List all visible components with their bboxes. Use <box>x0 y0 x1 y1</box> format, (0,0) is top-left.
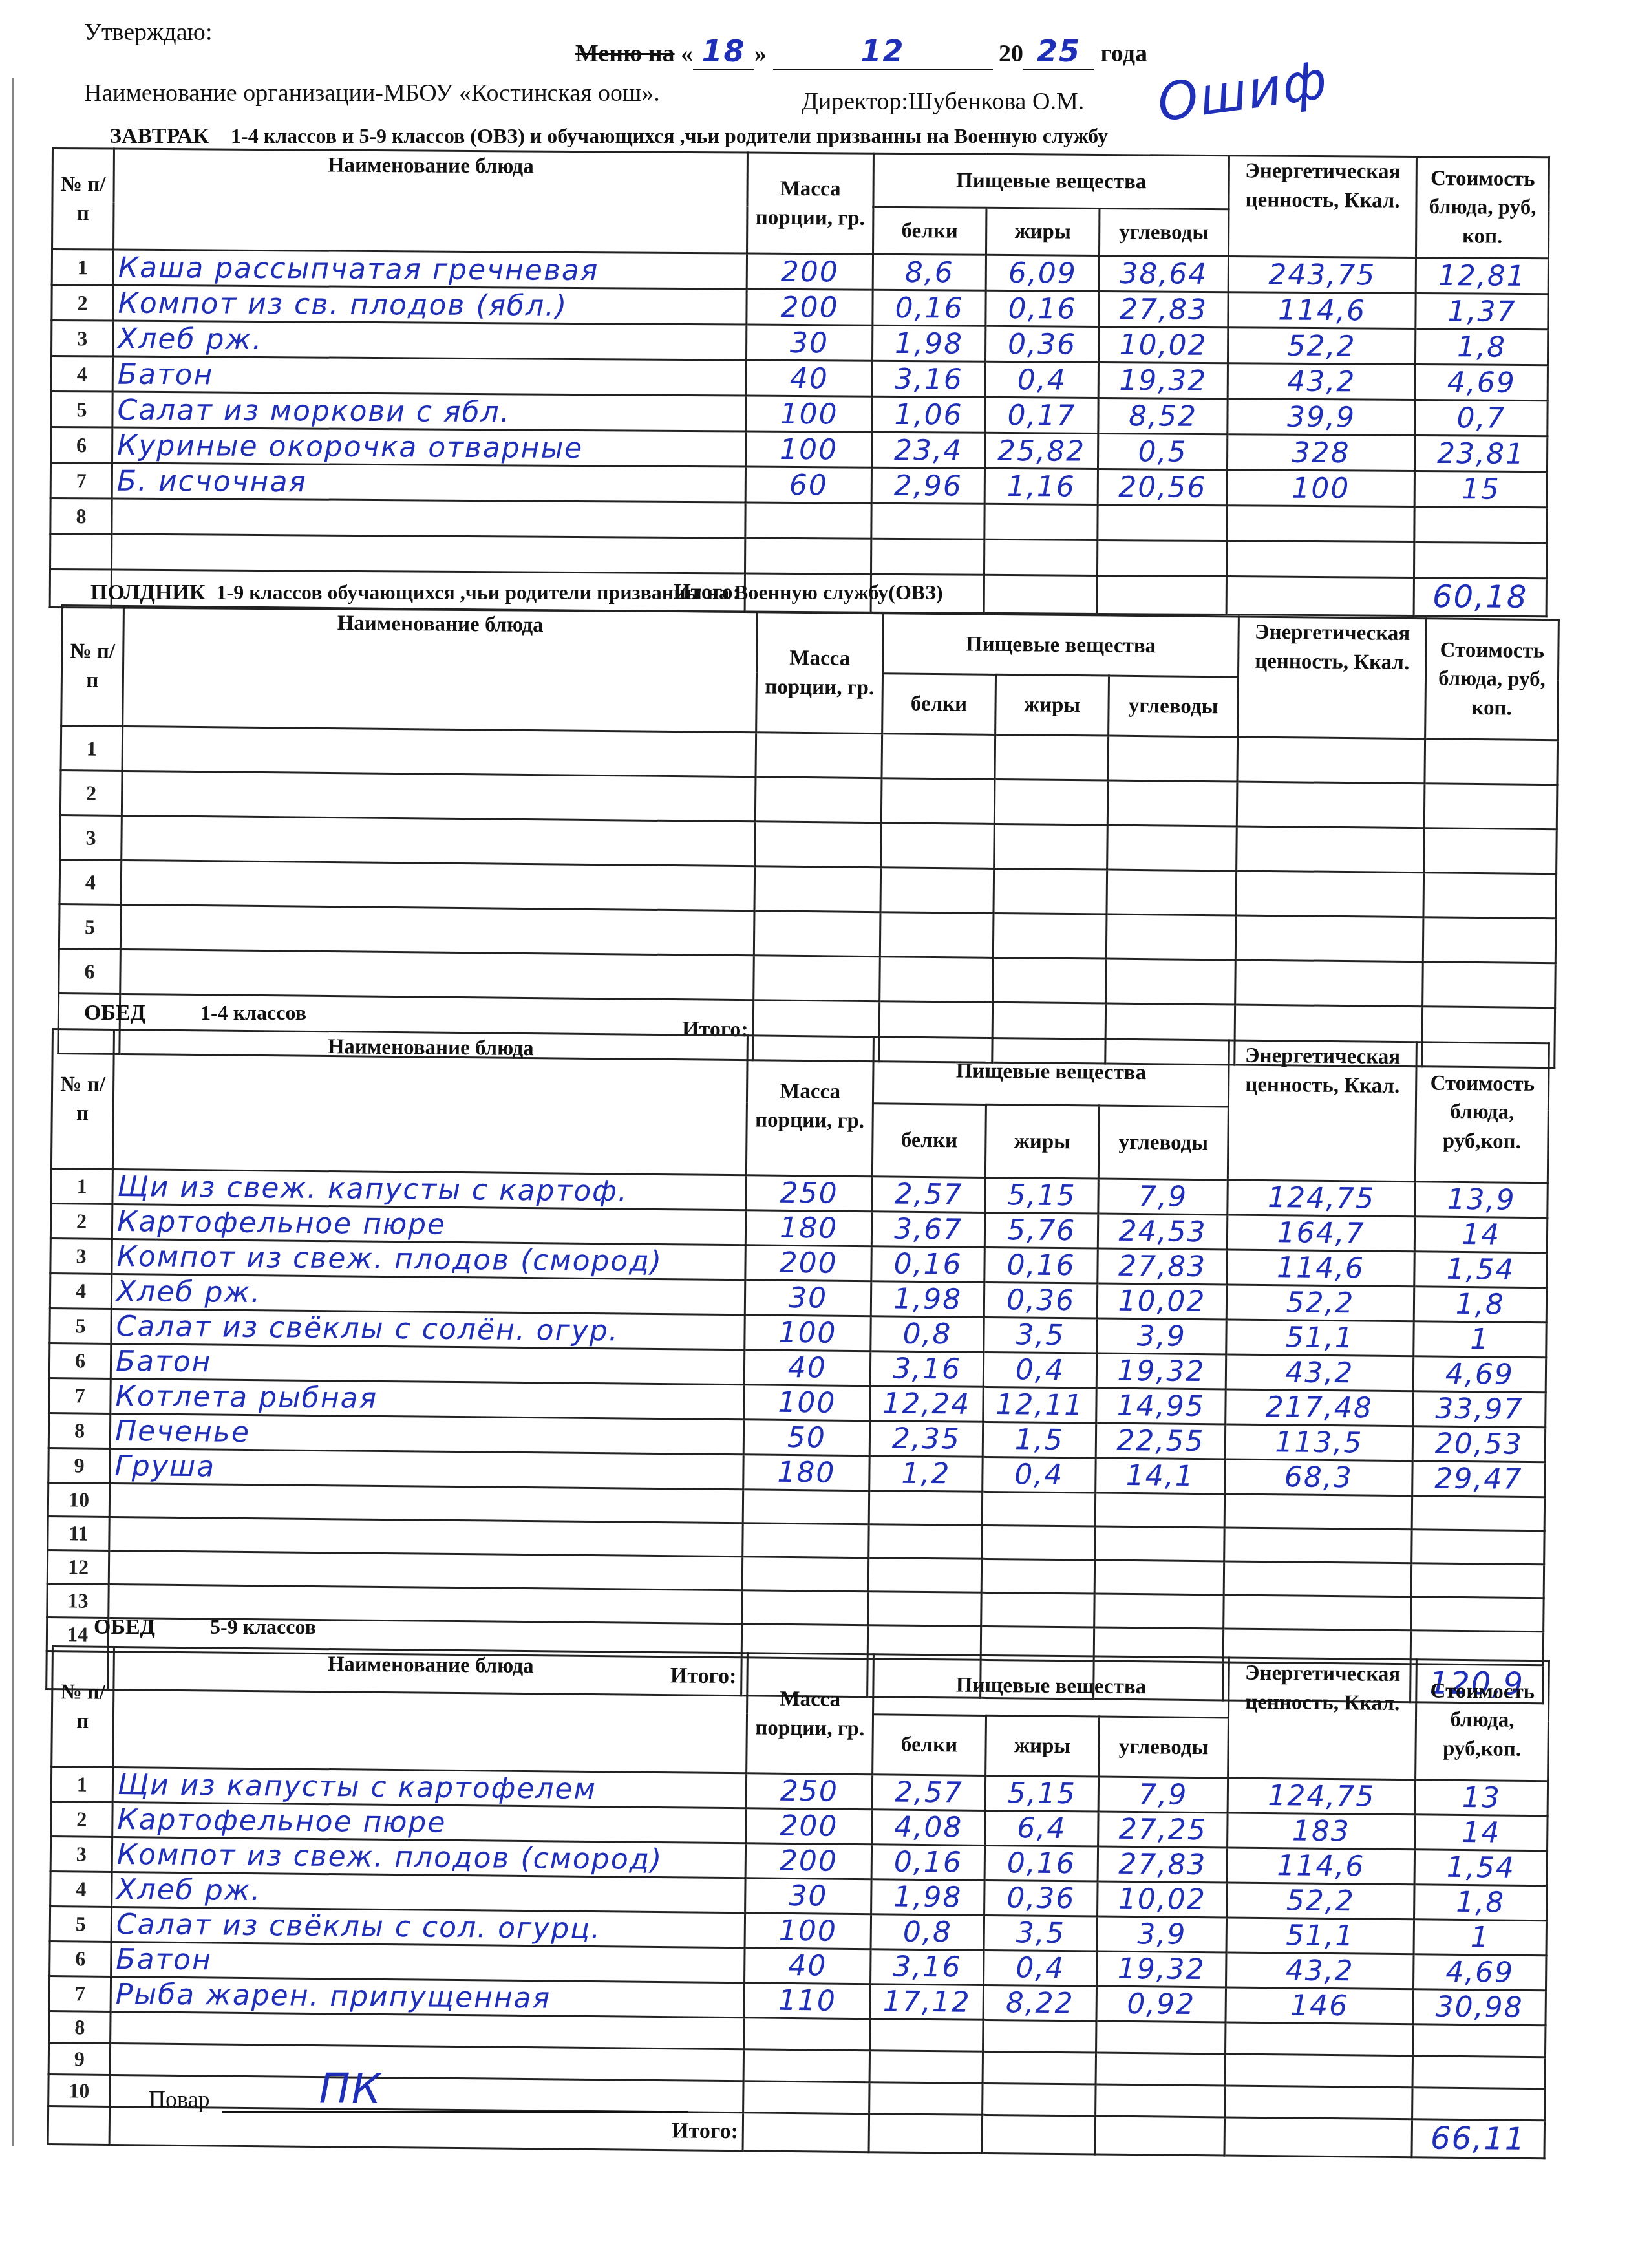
row-number: 3 <box>50 1837 112 1872</box>
carbs-value: 27,83 <box>1099 291 1228 327</box>
energy-value: 114,6 <box>1227 1848 1415 1885</box>
cook-signature-line: Повар ПК <box>149 2085 688 2113</box>
carbs-value <box>1094 1594 1224 1629</box>
row-number: 6 <box>50 1941 112 1976</box>
proteins-value: 2,35 <box>869 1421 983 1457</box>
energy-value: 217,48 <box>1226 1389 1414 1426</box>
col-header-name: Наименование блюда <box>112 1029 747 1175</box>
col-header-name: Наименование блюда <box>113 1647 748 1773</box>
energy-value <box>1224 1494 1412 1530</box>
row-number: 2 <box>50 1204 112 1239</box>
lunch-5-9-table: № п/п Наименование блюда Масса порции, г… <box>47 1645 1550 2159</box>
portion-mass: 100 <box>745 1315 871 1351</box>
dish-name: Батон <box>112 356 746 396</box>
carbs-value: 19,32 <box>1096 1353 1226 1389</box>
cost-value <box>1412 1530 1544 1565</box>
cost-value: 4,69 <box>1415 364 1548 400</box>
carbs-value: 3,9 <box>1097 1318 1227 1354</box>
proteins-value: 17,12 <box>870 1984 984 2020</box>
proteins-value: 1,98 <box>873 325 986 361</box>
dish-name: Хлеб рж. <box>113 321 747 360</box>
col-header-name: Наименование блюда <box>114 149 748 253</box>
fats-value: 1,5 <box>983 1422 1096 1458</box>
portion-mass <box>754 866 881 912</box>
energy-value <box>1235 915 1423 962</box>
col-header-fats: жиры <box>986 208 1100 255</box>
energy-value: 183 <box>1228 1813 1416 1850</box>
carbs-value: 14,95 <box>1096 1388 1226 1424</box>
row-number: 9 <box>48 2042 110 2075</box>
portion-mass <box>756 733 882 778</box>
energy-value: 43,2 <box>1226 1354 1414 1391</box>
row-number: 2 <box>51 1802 113 1837</box>
menu-year: 25 <box>1023 34 1094 70</box>
fats-value <box>994 779 1108 825</box>
carbs-value <box>1096 2084 1225 2117</box>
energy-value <box>1224 1595 1411 1631</box>
carbs-value <box>1106 914 1236 960</box>
proteins-value: 0,8 <box>871 1316 984 1353</box>
organization-name: Наименование организации-МБОУ «Костинска… <box>84 79 660 107</box>
cost-value: 4,69 <box>1413 1954 1546 1991</box>
carbs-value <box>1095 1526 1224 1561</box>
portion-mass <box>754 956 880 1001</box>
energy-value: 328 <box>1227 434 1414 471</box>
fats-value: 6,4 <box>985 1810 1099 1846</box>
lunch-5-9-subtitle: 5-9 классов <box>210 1615 316 1638</box>
fats-value: 5,15 <box>985 1177 1099 1214</box>
proteins-value: 1,98 <box>871 1281 984 1318</box>
portion-mass: 100 <box>746 431 872 467</box>
fats-value: 8,22 <box>983 1985 1097 2021</box>
row-number: 8 <box>50 498 112 534</box>
row-number: 9 <box>48 1448 111 1483</box>
carbs-value: 7,9 <box>1098 1179 1228 1215</box>
proteins-value: 3,16 <box>872 361 985 397</box>
fats-value <box>984 504 1098 540</box>
proteins-value: 0,16 <box>871 1845 985 1881</box>
row-number: 5 <box>50 1906 112 1942</box>
col-header-energy: Энергетическая ценность, Ккал. <box>1228 1040 1416 1182</box>
portion-mass <box>742 1590 868 1625</box>
proteins-value <box>871 503 984 539</box>
dish-name <box>109 1517 743 1556</box>
dish-name: Б. исчочная <box>112 463 745 502</box>
cost-value: 1 <box>1414 1920 1547 1956</box>
energy-value: 124,75 <box>1228 1778 1416 1815</box>
col-header-no: № п/п <box>61 606 124 727</box>
proteins-value: 8,6 <box>873 254 986 290</box>
col-header-no: № п/п <box>51 1029 114 1170</box>
row-number: 11 <box>48 1516 109 1550</box>
portion-mass: 40 <box>745 1948 871 1984</box>
cost-value: 29,47 <box>1412 1461 1546 1497</box>
col-header-cost: Стоимость блюда, руб, коп. <box>1416 156 1549 258</box>
proteins-value: 23,4 <box>871 432 984 468</box>
carbs-value: 27,83 <box>1098 1248 1228 1285</box>
carbs-value <box>1095 1493 1224 1528</box>
dish-name: Компот из св. плодов (ябл.) <box>113 285 747 325</box>
carbs-value <box>1094 1560 1224 1595</box>
dish-name: Рыба жарен. припущенная <box>111 1976 744 2017</box>
fats-value: 0,4 <box>983 1352 1097 1388</box>
row-number: 6 <box>49 1343 111 1378</box>
portion-mass <box>742 1557 868 1592</box>
energy-value <box>1237 826 1425 873</box>
carbs-value: 3,9 <box>1097 1916 1227 1952</box>
cost-value <box>1423 873 1557 919</box>
portion-mass <box>743 2049 869 2082</box>
total-cost: 60,18 <box>1414 577 1546 616</box>
energy-value: 146 <box>1226 1987 1414 2024</box>
row-number: 7 <box>49 1976 111 2011</box>
portion-mass: 30 <box>745 1280 871 1316</box>
carbs-value <box>1096 2021 1226 2054</box>
energy-value <box>1237 782 1425 828</box>
menu-month: 12 <box>773 34 993 70</box>
fats-value: 0,17 <box>985 397 1098 433</box>
director-signature: Ошиф <box>1154 50 1332 133</box>
portion-mass <box>743 2081 869 2114</box>
proteins-value: 3,16 <box>871 1949 984 1985</box>
col-header-nutrients: Пищевые вещества <box>873 153 1229 209</box>
cost-value <box>1412 2088 1545 2121</box>
cost-value <box>1412 2056 1545 2089</box>
fats-value: 0,4 <box>985 361 1098 398</box>
proteins-value: 1,06 <box>872 396 985 433</box>
energy-value <box>1236 871 1424 917</box>
row-number: 10 <box>48 1482 109 1517</box>
portion-mass: 250 <box>746 1175 873 1212</box>
cost-value <box>1423 917 1556 963</box>
fats-value: 0,4 <box>984 1950 1098 1986</box>
portion-mass: 30 <box>745 1878 872 1914</box>
proteins-value: 2,57 <box>872 1775 986 1811</box>
row-number: 3 <box>52 321 113 357</box>
dish-name: Компот из свеж. плодов (смород) <box>112 1837 745 1878</box>
row-number: 4 <box>59 859 122 904</box>
energy-value: 114,6 <box>1227 1250 1415 1287</box>
portion-mass <box>743 1490 869 1524</box>
energy-value <box>1225 2054 1412 2088</box>
portion-mass <box>754 911 880 957</box>
carbs-value <box>1106 959 1236 1005</box>
proteins-value <box>880 912 994 958</box>
energy-value <box>1224 1561 1411 1597</box>
director-name: Директор:Шубенкова О.М. <box>802 87 1084 116</box>
portion-mass: 200 <box>745 1843 872 1879</box>
col-header-proteins: белки <box>873 1715 986 1776</box>
dish-name: Салат из моркови с ябл. <box>112 392 746 431</box>
row-number: 1 <box>51 1767 113 1803</box>
cost-value <box>1412 1496 1544 1531</box>
carbs-value <box>1108 736 1238 782</box>
cost-value: 12,81 <box>1416 257 1548 294</box>
carbs-value: 22,55 <box>1096 1423 1226 1459</box>
row-number: 5 <box>59 904 121 949</box>
portion-mass: 30 <box>747 325 873 361</box>
fats-value: 0,36 <box>984 1880 1098 1916</box>
carbs-value: 19,32 <box>1098 362 1228 398</box>
col-header-no: № п/п <box>52 1647 114 1768</box>
fats-value <box>981 1559 1094 1594</box>
menu-date-line: Меню на «18» 12 2025 года <box>575 34 1147 70</box>
dish-name: Картофельное пюре <box>112 1802 746 1843</box>
row-number: 4 <box>50 1871 112 1907</box>
dish-name <box>109 1483 743 1523</box>
dish-name: Котлета рыбная <box>111 1378 744 1419</box>
carbs-value: 19,32 <box>1097 1951 1227 1987</box>
row-number: 5 <box>51 392 112 428</box>
energy-value: 43,2 <box>1228 363 1415 400</box>
cost-value <box>1411 1563 1544 1598</box>
cost-value: 1,54 <box>1414 1850 1548 1886</box>
col-header-cost: Стоимость блюда, руб,коп. <box>1415 1042 1549 1183</box>
energy-value <box>1237 737 1425 784</box>
fats-value <box>993 957 1107 1003</box>
cost-value <box>1423 962 1556 1008</box>
carbs-value: 10,02 <box>1098 1881 1228 1918</box>
year-word: года <box>1101 40 1147 67</box>
dish-name <box>120 949 754 1000</box>
fats-value <box>995 734 1109 780</box>
energy-value <box>1225 2086 1412 2119</box>
dish-name <box>121 860 755 910</box>
dish-name <box>109 1550 742 1590</box>
col-header-carbs: углеводы <box>1100 208 1229 256</box>
row-number: 4 <box>51 356 112 392</box>
fats-value <box>993 913 1107 959</box>
proteins-value <box>880 868 994 914</box>
cost-value: 1,8 <box>1415 328 1548 365</box>
proteins-value: 4,08 <box>872 1810 986 1846</box>
carbs-value: 24,53 <box>1098 1214 1228 1250</box>
row-number: 7 <box>49 1378 111 1413</box>
energy-value: 113,5 <box>1225 1424 1413 1461</box>
proteins-value <box>869 2082 983 2115</box>
energy-value: 51,1 <box>1226 1320 1414 1356</box>
col-header-nutrients: Пищевые вещества <box>883 614 1239 677</box>
cost-value <box>1424 784 1557 829</box>
fats-value <box>982 1492 1095 1526</box>
cost-value <box>1424 828 1557 874</box>
energy-value: 124,75 <box>1228 1180 1416 1217</box>
cost-value: 1,8 <box>1414 1287 1547 1323</box>
energy-value: 164,7 <box>1227 1215 1415 1252</box>
energy-value: 243,75 <box>1228 257 1416 294</box>
portion-mass: 200 <box>745 1245 872 1281</box>
row-number: 10 <box>48 2074 110 2106</box>
portion-mass: 180 <box>745 1210 872 1246</box>
breakfast-section-title: ЗАВТРАК 1-4 классов и 5-9 классов (ОВЗ) … <box>110 124 1108 149</box>
cost-value: 14 <box>1414 1217 1548 1253</box>
energy-value: 52,2 <box>1227 1883 1415 1920</box>
carbs-value: 7,9 <box>1098 1777 1228 1813</box>
col-header-carbs: углеводы <box>1099 1717 1229 1778</box>
dish-name: Картофельное пюре <box>112 1204 745 1245</box>
energy-value: 39,9 <box>1228 399 1415 436</box>
col-header-nutrients: Пищевые вещества <box>873 1654 1229 1718</box>
proteins-value <box>870 2019 983 2052</box>
proteins-value <box>882 734 995 780</box>
energy-value <box>1227 506 1414 542</box>
row-number: 8 <box>48 1413 111 1448</box>
fats-value: 1,16 <box>984 468 1098 504</box>
menu-prefix: Меню на <box>575 40 675 67</box>
carbs-value <box>1107 780 1237 826</box>
row-number: 1 <box>51 1169 113 1204</box>
cost-value: 14 <box>1415 1815 1548 1851</box>
proteins-value <box>880 957 994 1003</box>
col-header-proteins: белки <box>872 1104 986 1178</box>
col-header-mass: Масса порции, гр. <box>747 153 874 254</box>
fats-value: 3,5 <box>984 1915 1098 1951</box>
lunch-1-4-section-title: ОБЕД 1-4 классов <box>84 1001 306 1025</box>
proteins-value: 1,98 <box>871 1879 985 1916</box>
proteins-value <box>868 1592 981 1627</box>
proteins-value: 1,2 <box>869 1456 983 1492</box>
proteins-value: 2,57 <box>872 1177 986 1213</box>
carbs-value: 38,64 <box>1099 255 1228 292</box>
portion-mass <box>755 822 882 868</box>
dish-name: Батон <box>111 1942 745 1982</box>
dish-name <box>122 771 756 821</box>
portion-mass: 40 <box>744 1350 871 1386</box>
menu-day: 18 <box>693 34 754 70</box>
cost-value: 1 <box>1414 1321 1547 1358</box>
energy-value <box>1226 2022 1413 2056</box>
row-number: 2 <box>60 771 122 816</box>
fats-value: 0,16 <box>986 290 1099 326</box>
portion-mass: 180 <box>743 1455 870 1491</box>
cost-value: 1,54 <box>1414 1252 1548 1288</box>
dish-name: Салат из свёклы с солён. огур. <box>111 1309 745 1349</box>
fats-value: 12,11 <box>983 1387 1097 1423</box>
portion-mass: 50 <box>743 1420 870 1456</box>
proteins-value: 3,67 <box>871 1212 985 1248</box>
dish-name: Груша <box>110 1448 743 1489</box>
dish-name: Печенье <box>110 1413 743 1454</box>
col-header-fats: жиры <box>995 674 1109 736</box>
cost-value <box>1414 506 1547 542</box>
proteins-value <box>869 1491 982 1526</box>
cost-value: 33,97 <box>1413 1391 1546 1428</box>
lunch-1-4-subtitle: 1-4 классов <box>200 1001 306 1024</box>
fats-value: 0,36 <box>986 326 1099 362</box>
breakfast-subtitle: 1-4 классов и 5-9 классов (ОВЗ) и обучаю… <box>231 124 1108 147</box>
dish-name: Каша рассыпчатая гречневая <box>113 250 747 289</box>
row-number: 3 <box>60 815 122 860</box>
dish-name <box>122 815 756 866</box>
row-number: 6 <box>51 427 112 464</box>
snack-title: ПОЛДНИК <box>90 581 205 604</box>
cost-value: 4,69 <box>1413 1356 1546 1393</box>
portion-mass: 200 <box>747 289 873 325</box>
col-header-carbs: углеводы <box>1098 1106 1228 1180</box>
fats-value <box>981 1592 1094 1627</box>
fats-value <box>983 2051 1096 2084</box>
dish-name: Щи из капусты с картофелем <box>112 1767 746 1808</box>
portion-mass: 100 <box>744 1385 871 1421</box>
snack-section-title: ПОЛДНИК 1-9 классов обучающихся ,чьи род… <box>90 581 943 605</box>
energy-value <box>1235 960 1423 1007</box>
fats-value <box>983 2020 1096 2053</box>
fats-value <box>994 824 1108 870</box>
carbs-value: 10,02 <box>1098 326 1228 363</box>
portion-mass <box>755 777 882 823</box>
year-prefix: 20 <box>999 40 1023 67</box>
row-number: 7 <box>50 463 112 499</box>
proteins-value: 3,16 <box>870 1351 984 1387</box>
carbs-value: 0,92 <box>1096 1986 1226 2022</box>
cost-value: 0,7 <box>1415 400 1548 436</box>
col-header-energy: Энергетическая ценность, Ккал. <box>1228 1658 1417 1780</box>
energy-value: 114,6 <box>1228 292 1416 329</box>
fats-value <box>994 868 1107 914</box>
energy-value: 43,2 <box>1226 1952 1414 1989</box>
cost-value: 23,81 <box>1414 435 1547 471</box>
portion-mass: 60 <box>745 467 871 503</box>
lunch-1-4-table: № п/п Наименование блюда Масса порции, г… <box>45 1028 1550 1704</box>
carbs-value: 27,83 <box>1098 1846 1228 1883</box>
dish-name: Батон <box>111 1343 744 1384</box>
total-label: Итого: <box>109 2106 743 2150</box>
energy-value: 68,3 <box>1225 1459 1413 1496</box>
row-number: 1 <box>52 250 113 286</box>
cost-value: 1,8 <box>1414 1885 1548 1921</box>
cost-value <box>1411 1597 1544 1632</box>
proteins-value: 12,24 <box>870 1386 984 1422</box>
proteins-value: 0,16 <box>871 1246 985 1283</box>
row-number: 6 <box>59 948 121 994</box>
col-header-nutrients: Пищевые вещества <box>873 1037 1229 1107</box>
fats-value: 0,36 <box>984 1282 1098 1318</box>
fats-value: 5,15 <box>985 1775 1099 1812</box>
cook-label: Повар <box>149 2086 210 2112</box>
fats-value: 0,16 <box>984 1845 1098 1881</box>
col-header-mass: Масса порции, гр. <box>746 1036 873 1177</box>
col-header-name: Наименование блюда <box>123 606 758 732</box>
portion-mass: 200 <box>747 253 873 290</box>
carbs-value: 10,02 <box>1097 1283 1227 1320</box>
portion-mass: 200 <box>746 1808 873 1845</box>
proteins-value: 2,96 <box>871 467 984 504</box>
cost-value <box>1425 739 1558 785</box>
col-header-cost: Стоимость блюда, руб,коп. <box>1416 1660 1549 1781</box>
col-header-fats: жиры <box>985 1104 1099 1179</box>
col-header-carbs: углеводы <box>1109 676 1239 737</box>
portion-mass: 100 <box>745 1913 871 1949</box>
energy-value <box>1224 1528 1412 1563</box>
fats-value: 5,76 <box>984 1212 1098 1248</box>
fats-value: 3,5 <box>984 1317 1098 1353</box>
dish-name <box>122 726 756 776</box>
row-number: 12 <box>47 1550 109 1584</box>
carbs-value <box>1107 870 1237 915</box>
carbs-value <box>1107 825 1237 871</box>
proteins-value: 0,8 <box>871 1914 984 1951</box>
cook-signature-field: ПК <box>222 2085 688 2113</box>
proteins-value <box>881 823 995 869</box>
row-number: 3 <box>50 1238 112 1274</box>
snack-table: № п/п Наименование блюда Масса порции, г… <box>57 604 1560 1069</box>
row-number: 8 <box>49 2011 111 2043</box>
portion-mass: 110 <box>744 1983 871 2019</box>
proteins-value <box>869 2051 983 2084</box>
proteins-value <box>868 1558 981 1593</box>
cost-value: 30,98 <box>1413 1989 1546 2026</box>
row-number: 13 <box>47 1583 109 1618</box>
